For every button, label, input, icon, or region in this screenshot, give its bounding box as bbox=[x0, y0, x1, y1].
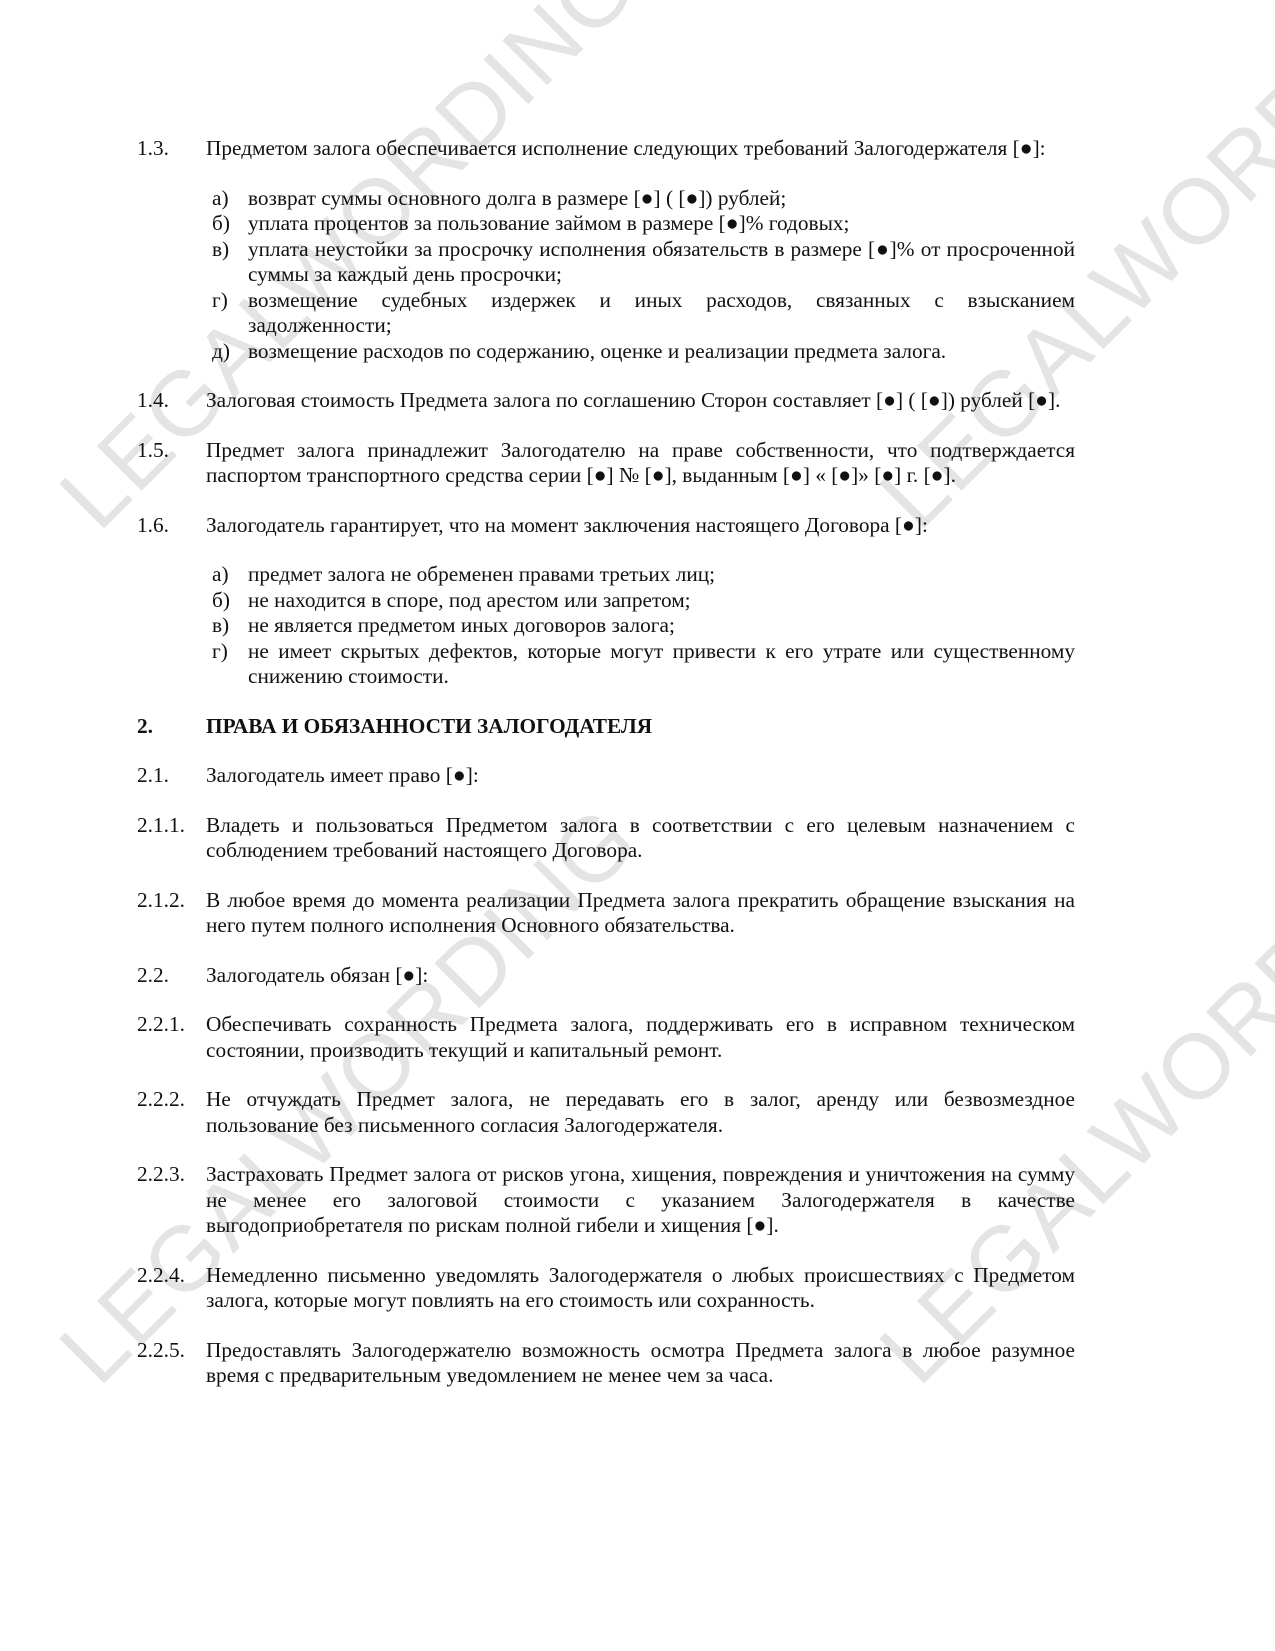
list-item: в) уплата неустойки за просрочку исполне… bbox=[206, 237, 1075, 288]
clause-number: 2.2.2. bbox=[137, 1087, 206, 1138]
clause-number: 1.3. bbox=[137, 136, 206, 162]
clause-number: 1.5. bbox=[137, 438, 206, 489]
clause-number: 1.6. bbox=[137, 513, 206, 539]
clause-text: Предоставлять Залогодержателю возможност… bbox=[206, 1338, 1075, 1389]
list-item: б) уплата процентов за пользование займо… bbox=[206, 211, 1075, 237]
list-item: в) не является предметом иных договоров … bbox=[206, 613, 1075, 639]
clause-1-6: 1.6. Залогодатель гарантирует, что на мо… bbox=[137, 513, 1075, 539]
clause-2-2: 2.2. Залогодатель обязан [●]: bbox=[137, 963, 1075, 989]
clause-number: 2.1.1. bbox=[137, 813, 206, 864]
clause-1-6-list: а) предмет залога не обременен правами т… bbox=[206, 562, 1075, 690]
clause-text: Залоговая стоимость Предмета залога по с… bbox=[206, 388, 1075, 414]
clause-number: 2.2.5. bbox=[137, 1338, 206, 1389]
clause-text: Предмет залога принадлежит Залогодателю … bbox=[206, 438, 1075, 489]
clause-number: 2.1. bbox=[137, 763, 206, 789]
list-item-text: уплата неустойки за просрочку исполнения… bbox=[248, 237, 1075, 288]
clause-number: 2.2.4. bbox=[137, 1263, 206, 1314]
list-item-text: уплата процентов за пользование займом в… bbox=[248, 211, 1075, 237]
clause-text: Немедленно письменно уведомлять Залогоде… bbox=[206, 1263, 1075, 1314]
clause-number: 2.2. bbox=[137, 963, 206, 989]
clause-text: Предметом залога обеспечивается исполнен… bbox=[206, 136, 1075, 162]
section-heading-2: 2. ПРАВА И ОБЯЗАННОСТИ ЗАЛОГОДАТЕЛЯ bbox=[137, 714, 1075, 740]
list-item-letter: д) bbox=[206, 339, 248, 365]
clause-1-3-list: а) возврат суммы основного долга в разме… bbox=[206, 186, 1075, 365]
list-item-text: возмещение судебных издержек и иных расх… bbox=[248, 288, 1075, 339]
list-item-letter: в) bbox=[206, 237, 248, 288]
list-item-letter: г) bbox=[206, 288, 248, 339]
clause-2-1-2: 2.1.2. В любое время до момента реализац… bbox=[137, 888, 1075, 939]
clause-text: Застраховать Предмет залога от рисков уг… bbox=[206, 1162, 1075, 1239]
list-item-letter: г) bbox=[206, 639, 248, 690]
list-item-text: не имеет скрытых дефектов, которые могут… bbox=[248, 639, 1075, 690]
clause-text: Залогодатель обязан [●]: bbox=[206, 963, 1075, 989]
list-item-text: возврат суммы основного долга в размере … bbox=[248, 186, 1075, 212]
clause-1-3: 1.3. Предметом залога обеспечивается исп… bbox=[137, 136, 1075, 162]
list-item-letter: б) bbox=[206, 588, 248, 614]
list-item: а) предмет залога не обременен правами т… bbox=[206, 562, 1075, 588]
clause-text: В любое время до момента реализации Пред… bbox=[206, 888, 1075, 939]
clause-number: 2.2.1. bbox=[137, 1012, 206, 1063]
clause-number: 2.1.2. bbox=[137, 888, 206, 939]
list-item-letter: в) bbox=[206, 613, 248, 639]
section-title: ПРАВА И ОБЯЗАННОСТИ ЗАЛОГОДАТЕЛЯ bbox=[206, 714, 1075, 740]
section-number: 2. bbox=[137, 714, 206, 740]
list-item-text: предмет залога не обременен правами трет… bbox=[248, 562, 1075, 588]
clause-2-2-2: 2.2.2. Не отчуждать Предмет залога, не п… bbox=[137, 1087, 1075, 1138]
list-item-letter: а) bbox=[206, 186, 248, 212]
clause-2-2-5: 2.2.5. Предоставлять Залогодержателю воз… bbox=[137, 1338, 1075, 1389]
clause-2-2-3: 2.2.3. Застраховать Предмет залога от ри… bbox=[137, 1162, 1075, 1239]
document-page: 1.3. Предметом залога обеспечивается исп… bbox=[137, 136, 1075, 1413]
clause-number: 1.4. bbox=[137, 388, 206, 414]
clause-text: Залогодатель гарантирует, что на момент … bbox=[206, 513, 1075, 539]
clause-1-5: 1.5. Предмет залога принадлежит Залогода… bbox=[137, 438, 1075, 489]
list-item-letter: б) bbox=[206, 211, 248, 237]
list-item-text: не находится в споре, под арестом или за… bbox=[248, 588, 1075, 614]
clause-text: Не отчуждать Предмет залога, не передава… bbox=[206, 1087, 1075, 1138]
clause-1-4: 1.4. Залоговая стоимость Предмета залога… bbox=[137, 388, 1075, 414]
list-item: г) не имеет скрытых дефектов, которые мо… bbox=[206, 639, 1075, 690]
list-item: г) возмещение судебных издержек и иных р… bbox=[206, 288, 1075, 339]
clause-text: Обеспечивать сохранность Предмета залога… bbox=[206, 1012, 1075, 1063]
clause-2-1-1: 2.1.1. Владеть и пользоваться Предметом … bbox=[137, 813, 1075, 864]
clause-text: Владеть и пользоваться Предметом залога … bbox=[206, 813, 1075, 864]
list-item-letter: а) bbox=[206, 562, 248, 588]
list-item: а) возврат суммы основного долга в разме… bbox=[206, 186, 1075, 212]
list-item-text: возмещение расходов по содержанию, оценк… bbox=[248, 339, 1075, 365]
clause-number: 2.2.3. bbox=[137, 1162, 206, 1239]
list-item: б) не находится в споре, под арестом или… bbox=[206, 588, 1075, 614]
clause-text: Залогодатель имеет право [●]: bbox=[206, 763, 1075, 789]
clause-2-1: 2.1. Залогодатель имеет право [●]: bbox=[137, 763, 1075, 789]
list-item: д) возмещение расходов по содержанию, оц… bbox=[206, 339, 1075, 365]
clause-2-2-4: 2.2.4. Немедленно письменно уведомлять З… bbox=[137, 1263, 1075, 1314]
clause-2-2-1: 2.2.1. Обеспечивать сохранность Предмета… bbox=[137, 1012, 1075, 1063]
list-item-text: не является предметом иных договоров зал… bbox=[248, 613, 1075, 639]
